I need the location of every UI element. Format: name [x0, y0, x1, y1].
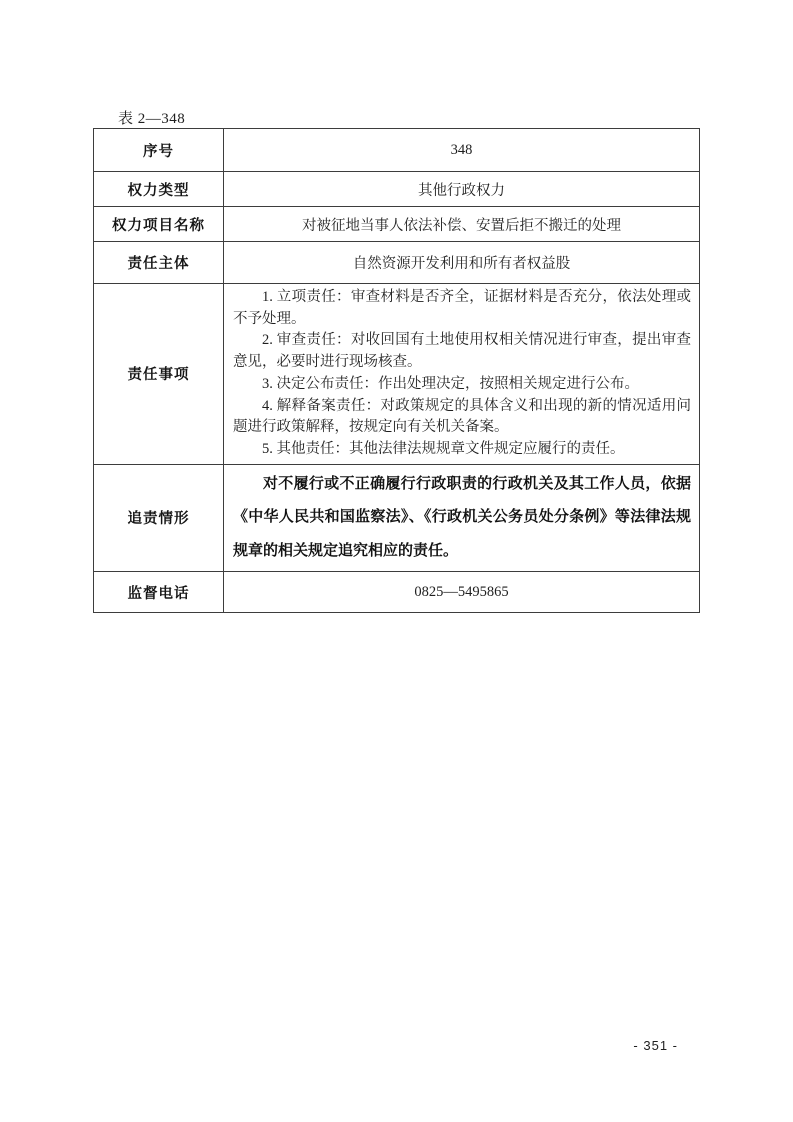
- row-label-responsibility-items: 责任事项: [94, 284, 224, 465]
- accountability-paragraph: 对不履行或不正确履行行政职责的行政机关及其工作人员，依据《中华人民共和国监察法》…: [233, 468, 691, 569]
- page-number: - 351 -: [633, 1038, 678, 1053]
- table-row-responsibility-items: 责任事项 1. 立项责任：审查材料是否齐全，证据材料是否充分，依法处理或不予处理…: [94, 284, 700, 465]
- table-row-power-item-name: 权力项目名称 对被征地当事人依法补偿、安置后拒不搬迁的处理: [94, 207, 700, 242]
- row-label-serial-number: 序号: [94, 129, 224, 172]
- table-row-responsible-body: 责任主体 自然资源开发利用和所有者权益股: [94, 242, 700, 284]
- responsibility-item-4: 4. 解释备案责任：对政策规定的具体含义和出现的新的情况适用问题进行政策解释，按…: [233, 396, 691, 439]
- responsibility-item-1: 1. 立项责任：审查材料是否齐全，证据材料是否充分，依法处理或不予处理。: [233, 287, 691, 330]
- row-value-serial-number: 348: [224, 129, 700, 172]
- row-value-responsibility-items: 1. 立项责任：审查材料是否齐全，证据材料是否充分，依法处理或不予处理。 2. …: [224, 284, 700, 465]
- row-value-power-item-name: 对被征地当事人依法补偿、安置后拒不搬迁的处理: [224, 207, 700, 242]
- row-label-power-item-name: 权力项目名称: [94, 207, 224, 242]
- row-label-power-type: 权力类型: [94, 172, 224, 207]
- responsibility-item-2: 2. 审查责任：对收回国有土地使用权相关情况进行审查，提出审查意见，必要时进行现…: [233, 330, 691, 373]
- responsibility-item-5: 5. 其他责任：其他法律法规规章文件规定应履行的责任。: [233, 439, 691, 461]
- row-label-accountability-situations: 追责情形: [94, 464, 224, 572]
- row-value-supervision-phone: 0825—5495865: [224, 572, 700, 613]
- document-page: 表 2—348 序号 348 权力类型 其他行政权力 权力项目名称 对被征地当事…: [0, 0, 793, 1122]
- responsibility-item-3: 3. 决定公布责任：作出处理决定，按照相关规定进行公布。: [233, 374, 691, 396]
- table-row-serial-number: 序号 348: [94, 129, 700, 172]
- table-row-power-type: 权力类型 其他行政权力: [94, 172, 700, 207]
- table-row-supervision-phone: 监督电话 0825—5495865: [94, 572, 700, 613]
- responsibility-table: 序号 348 权力类型 其他行政权力 权力项目名称 对被征地当事人依法补偿、安置…: [93, 128, 700, 613]
- row-value-responsible-body: 自然资源开发利用和所有者权益股: [224, 242, 700, 284]
- row-value-power-type: 其他行政权力: [224, 172, 700, 207]
- table-row-accountability-situations: 追责情形 对不履行或不正确履行行政职责的行政机关及其工作人员，依据《中华人民共和…: [94, 464, 700, 572]
- row-value-accountability-situations: 对不履行或不正确履行行政职责的行政机关及其工作人员，依据《中华人民共和国监察法》…: [224, 464, 700, 572]
- table-caption: 表 2—348: [118, 107, 185, 128]
- row-label-supervision-phone: 监督电话: [94, 572, 224, 613]
- row-label-responsible-body: 责任主体: [94, 242, 224, 284]
